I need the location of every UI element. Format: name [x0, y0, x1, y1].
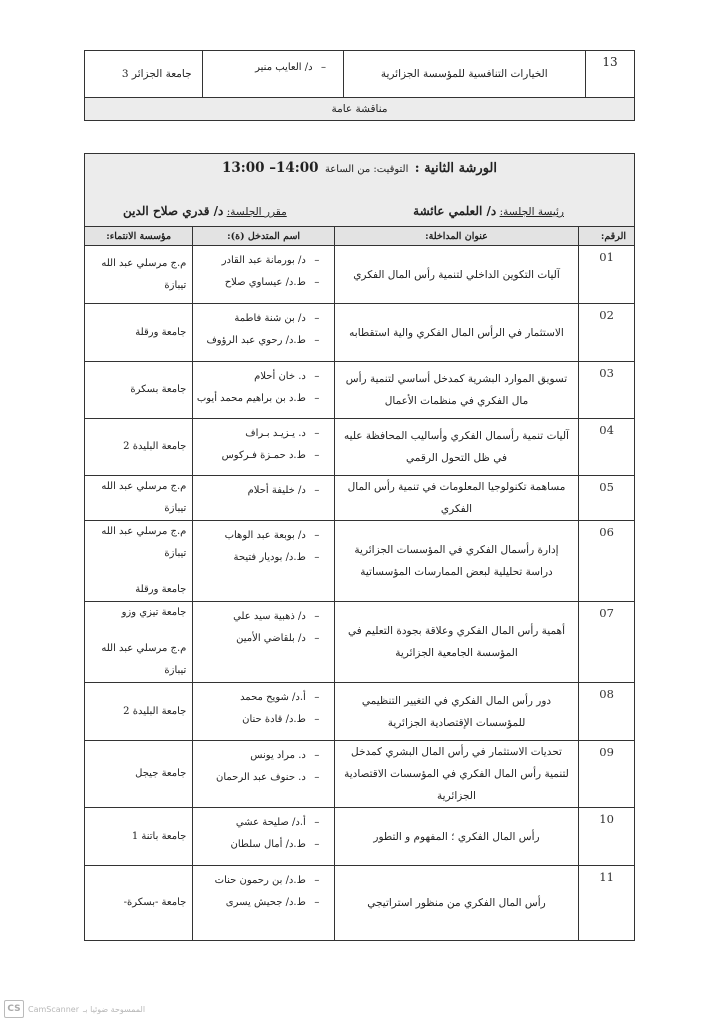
dash-bullet: –	[306, 330, 328, 352]
institution: جامعة -بسكرة-	[85, 892, 186, 914]
scanner-watermark: CS CamScanner الممسوحة ضوئيا بـ	[4, 1000, 145, 1018]
speaker-cell: –د/ ذهبية سيد علي–د/ بلقاضي الأمين	[193, 602, 334, 683]
speaker-cell: –د/ العايب منير	[202, 51, 343, 98]
session-rapporteur: مقرر الجلسة: د/ قدري صلاح الدين	[123, 204, 287, 218]
dash-bullet: –	[306, 606, 328, 628]
institution: جامعة تيزي وزو	[85, 602, 186, 624]
speaker: –د. يـزيـد بـراف	[193, 423, 327, 445]
speaker-cell: –د. خان أحلام–ط.د بن براهيم محمد أيوب	[193, 362, 334, 419]
speaker: –ط.د/ جحيش يسرى	[193, 892, 327, 914]
rapporteur-name: د/ قدري صلاح الدين	[123, 204, 223, 218]
speaker: –أ.د/ شويح محمد	[193, 687, 327, 709]
col-header-speaker: اسم المتدخل (ة):	[193, 227, 334, 246]
speaker-cell: –ط.د/ بن رحمون حنات–ط.د/ جحيش يسرى	[193, 866, 334, 941]
institution: جامعة البليدة 2	[85, 701, 186, 723]
dash-bullet: –	[306, 870, 328, 892]
institution: جامعة الجزائر 3	[85, 51, 203, 98]
col-header-title: عنوان المداخلة:	[334, 227, 578, 246]
dash-bullet: –	[306, 445, 328, 467]
institution: جامعة جيجل	[85, 763, 186, 785]
table-row: 13 الخيارات التنافسية للمؤسسة الجزائرية …	[85, 51, 635, 98]
session-chair: رئيسة الجلسة: د/ العلمي عائشة	[413, 204, 564, 218]
institution-cell: م.ج مرسلي عبد الله تيبازة	[85, 476, 193, 521]
institution-cell: جامعة جيجل	[85, 741, 193, 808]
institution: م.ج مرسلي عبد الله تيبازة	[85, 476, 186, 520]
dash-bullet: –	[306, 892, 328, 914]
row-number: 07	[579, 602, 635, 683]
institution: جامعة البليدة 2	[85, 436, 186, 458]
speaker: –ط.د/ بن رحمون حنات	[193, 870, 327, 892]
row-number: 04	[579, 419, 635, 476]
paper-title: أهمية رأس المال الفكري وعلاقة بجودة التع…	[334, 602, 578, 683]
table-row: 03تسويق الموارد البشرية كمدخل أساسي لتنم…	[85, 362, 635, 419]
speaker: –ط.د/ قادة حنان	[193, 709, 327, 731]
column-headers: الرقم: عنوان المداخلة: اسم المتدخل (ة): …	[85, 227, 635, 246]
institution-cell: جامعة ورقلة	[85, 304, 193, 362]
speaker: –د/ خليفة أحلام	[193, 480, 327, 502]
institution: جامعة بسكرة	[85, 379, 186, 401]
speaker: –د/ ذهبية سيد علي	[193, 606, 327, 628]
camscanner-app: CamScanner	[28, 1005, 79, 1014]
institution: جامعة ورقلة	[85, 322, 186, 344]
table-row: 09تحديات الاستثمار في رأس المال البشري ك…	[85, 741, 635, 808]
chair-name: د/ العلمي عائشة	[413, 204, 496, 218]
col-header-institution: مؤسسة الانتماء:	[85, 227, 193, 246]
table-row: 01آليات التكوين الداخلي لتنمية رأس المال…	[85, 246, 635, 304]
dash-bullet: –	[306, 366, 328, 388]
session-time: 13:00 –14:00	[222, 160, 319, 176]
dash-bullet: –	[306, 423, 328, 445]
timing-label: التوقيت: من الساعة	[325, 164, 408, 175]
dash-bullet: –	[306, 308, 328, 330]
row-number: 06	[579, 521, 635, 602]
dash-bullet: –	[306, 525, 328, 547]
speaker: –د/ بن شنة فاطمة	[193, 308, 327, 330]
dash-bullet: –	[306, 272, 328, 294]
speaker: –د/ العايب منير	[203, 57, 335, 79]
institution-cell: جامعة -بسكرة-	[85, 866, 193, 941]
row-number: 09	[579, 741, 635, 808]
table-row: 11رأس المال الفكري من منظور استراتيجي–ط.…	[85, 866, 635, 941]
institution: جامعة ورقلة	[85, 579, 186, 601]
previous-session-table: 13 الخيارات التنافسية للمؤسسة الجزائرية …	[84, 50, 635, 121]
paper-title: الاستثمار في الرأس المال الفكري والية اس…	[334, 304, 578, 362]
workshop-header: الورشة الثانية : التوقيت: من الساعة 13:0…	[85, 154, 635, 227]
dash-bullet: –	[306, 709, 328, 731]
row-number: 05	[579, 476, 635, 521]
institution-cell: م.ج مرسلي عبد الله تيبازة	[85, 246, 193, 304]
institution-cell: جامعة البليدة 2	[85, 683, 193, 741]
paper-title: تحديات الاستثمار في رأس المال البشري كمد…	[334, 741, 578, 808]
dash-bullet: –	[306, 388, 328, 410]
rapporteur-label: مقرر الجلسة:	[227, 206, 287, 218]
dash-bullet: –	[306, 834, 328, 856]
dash-bullet: –	[306, 250, 328, 272]
workshop-title: الورشة الثانية :	[415, 161, 497, 176]
dash-bullet: –	[306, 547, 328, 569]
row-number: 01	[579, 246, 635, 304]
table-row: 07أهمية رأس المال الفكري وعلاقة بجودة ال…	[85, 602, 635, 683]
speaker: –د. خان أحلام	[193, 366, 327, 388]
speaker: –د/ بلقاضي الأمين	[193, 628, 327, 650]
paper-title: مساهمة تكنولوجيا المعلومات في تنمية رأس …	[334, 476, 578, 521]
institution-cell: جامعة تيزي وزوم.ج مرسلي عبد الله تيبازة	[85, 602, 193, 683]
speaker-cell: –د. مراد يونس–د. حنوف عبد الرحمان	[193, 741, 334, 808]
institution-cell: جامعة باتنة 1	[85, 808, 193, 866]
speaker-cell: –أ.د/ صليحة عشي–ط.د/ أمال سلطان	[193, 808, 334, 866]
speaker-cell: –د/ بوبعة عبد الوهاب–ط.د/ بوديار فتيحة	[193, 521, 334, 602]
row-number: 13	[585, 51, 634, 98]
dash-bullet: –	[306, 745, 328, 767]
institution: م.ج مرسلي عبد الله تيبازة	[85, 253, 186, 297]
paper-title: إدارة رأسمال الفكري في المؤسسات الجزائري…	[334, 521, 578, 602]
speaker: –د. حنوف عبد الرحمان	[193, 767, 327, 789]
institution: جامعة باتنة 1	[85, 826, 186, 848]
workshop-table: الورشة الثانية : التوقيت: من الساعة 13:0…	[84, 153, 635, 941]
paper-title: آليات تنمية رأسمال الفكري وأساليب المحاف…	[334, 419, 578, 476]
camscanner-logo-icon: CS	[4, 1000, 24, 1018]
workshop-title-line: الورشة الثانية : التوقيت: من الساعة 13:0…	[85, 160, 634, 176]
scanned-with-text: الممسوحة ضوئيا بـ	[83, 1005, 145, 1014]
institution: م.ج مرسلي عبد الله تيبازة	[85, 521, 186, 565]
speaker: –ط.د/ عيساوي صلاح	[193, 272, 327, 294]
institution-cell: م.ج مرسلي عبد الله تيبازةجامعة ورقلة	[85, 521, 193, 602]
discussion-row: مناقشة عامة	[85, 98, 635, 121]
row-number: 02	[579, 304, 635, 362]
speaker: –ط.د/ بوديار فتيحة	[193, 547, 327, 569]
speaker: –ط.د/ رحوي عبد الرؤوف	[193, 330, 327, 352]
paper-title: تسويق الموارد البشرية كمدخل أساسي لتنمية…	[334, 362, 578, 419]
speaker: –ط.د/ أمال سلطان	[193, 834, 327, 856]
row-number: 10	[579, 808, 635, 866]
table-row: 04آليات تنمية رأسمال الفكري وأساليب المح…	[85, 419, 635, 476]
dash-bullet: –	[306, 687, 328, 709]
table-row: 06إدارة رأسمال الفكري في المؤسسات الجزائ…	[85, 521, 635, 602]
dash-bullet: –	[306, 812, 328, 834]
speaker: –ط.د حمـزة فـركوس	[193, 445, 327, 467]
speaker-cell: –د/ خليفة أحلام	[193, 476, 334, 521]
row-number: 08	[579, 683, 635, 741]
paper-title: رأس المال الفكري من منظور استراتيجي	[334, 866, 578, 941]
table-row: 10رأس المال الفكري ؛ المفهوم و التطور–أ.…	[85, 808, 635, 866]
paper-title: آليات التكوين الداخلي لتنمية رأس المال ا…	[334, 246, 578, 304]
speaker-cell: –د/ بن شنة فاطمة–ط.د/ رحوي عبد الرؤوف	[193, 304, 334, 362]
row-number: 03	[579, 362, 635, 419]
paper-title: دور رأس المال الفكري في التغيير التنظيمي…	[334, 683, 578, 741]
institution-cell: جامعة بسكرة	[85, 362, 193, 419]
dash-bullet: –	[306, 628, 328, 650]
table-row: 02الاستثمار في الرأس المال الفكري والية …	[85, 304, 635, 362]
institution-cell: جامعة البليدة 2	[85, 419, 193, 476]
speaker: –د. مراد يونس	[193, 745, 327, 767]
institution: م.ج مرسلي عبد الله تيبازة	[85, 638, 186, 682]
speaker-cell: –د/ بورمانة عبد القادر–ط.د/ عيساوي صلاح	[193, 246, 334, 304]
speaker-cell: –أ.د/ شويح محمد–ط.د/ قادة حنان	[193, 683, 334, 741]
speaker: –د/ بوبعة عبد الوهاب	[193, 525, 327, 547]
speaker: –د/ بورمانة عبد القادر	[193, 250, 327, 272]
paper-title: رأس المال الفكري ؛ المفهوم و التطور	[334, 808, 578, 866]
speaker: –أ.د/ صليحة عشي	[193, 812, 327, 834]
col-header-number: الرقم:	[579, 227, 635, 246]
table-row: 08دور رأس المال الفكري في التغيير التنظي…	[85, 683, 635, 741]
paper-title: الخيارات التنافسية للمؤسسة الجزائرية	[343, 51, 585, 98]
general-discussion: مناقشة عامة	[85, 98, 635, 121]
table-body: 01آليات التكوين الداخلي لتنمية رأس المال…	[85, 246, 635, 941]
speaker: –ط.د بن براهيم محمد أيوب	[193, 388, 327, 410]
dash-bullet: –	[306, 480, 328, 502]
table-row: 05مساهمة تكنولوجيا المعلومات في تنمية رأ…	[85, 476, 635, 521]
speaker-cell: –د. يـزيـد بـراف–ط.د حمـزة فـركوس	[193, 419, 334, 476]
row-number: 11	[579, 866, 635, 941]
dash-bullet: –	[306, 767, 328, 789]
chair-label: رئيسة الجلسة:	[500, 206, 564, 218]
